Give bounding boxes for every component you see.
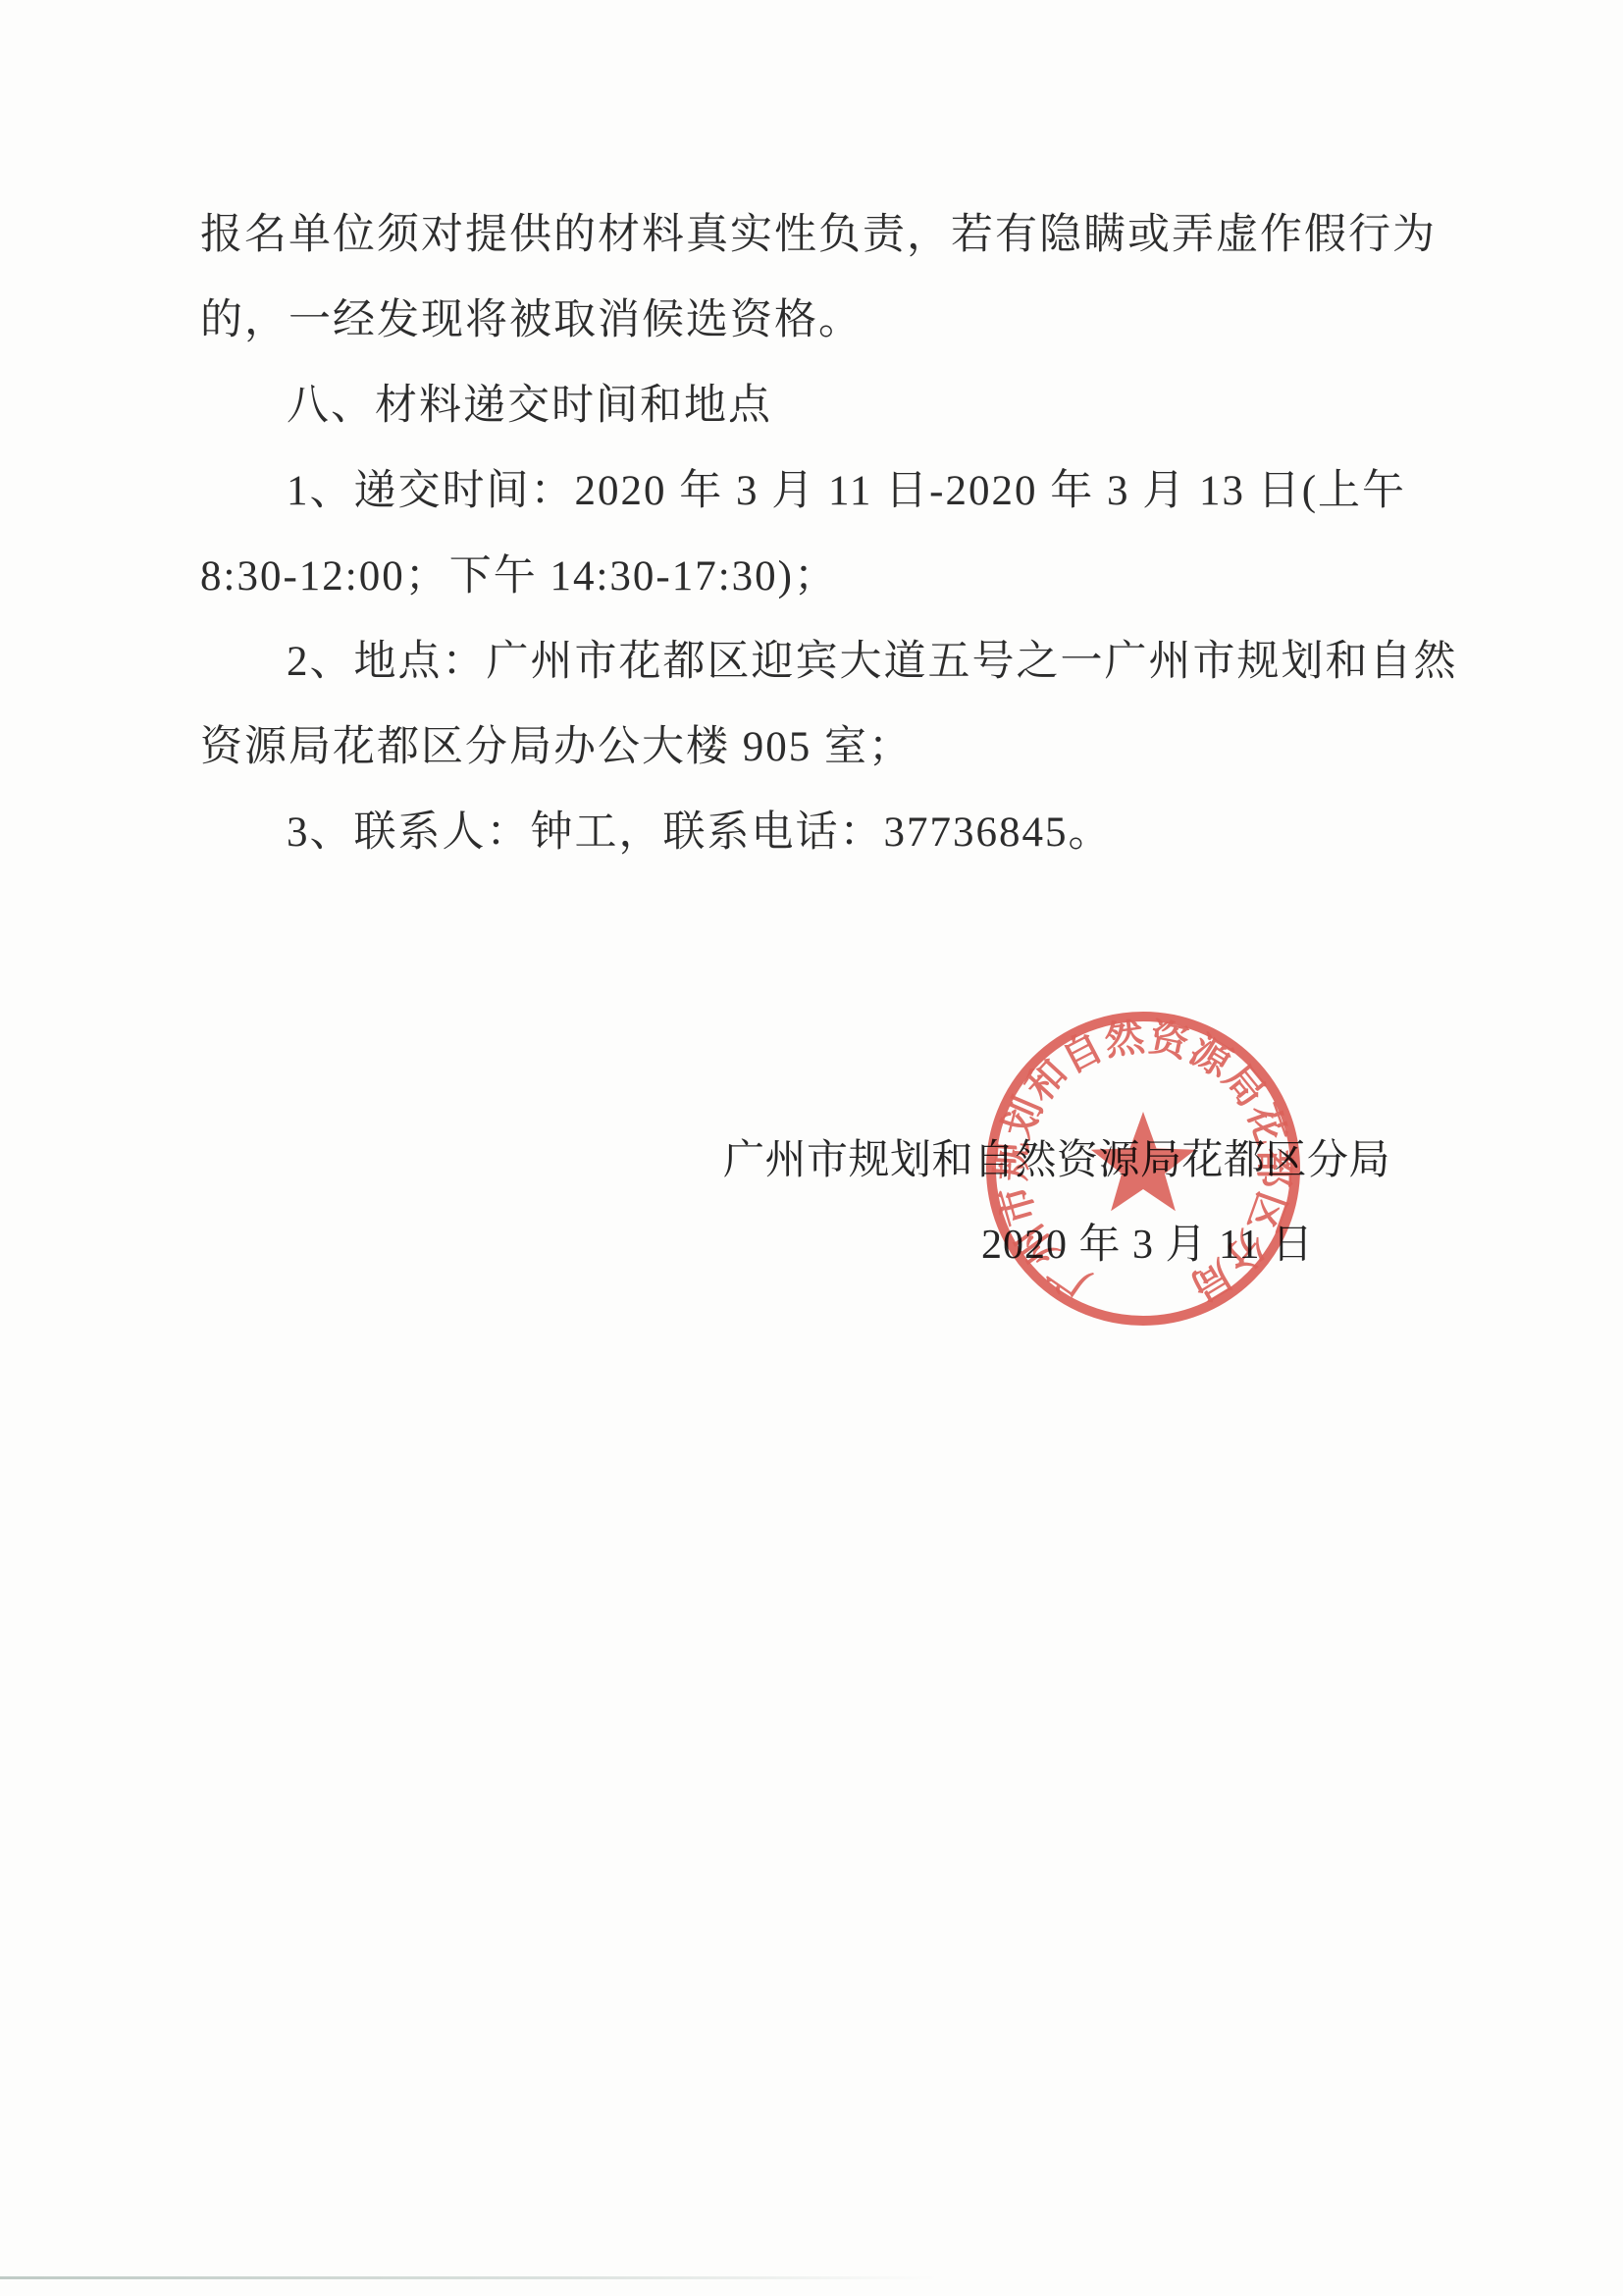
document-line-item-1: 1、递交时间：2020 年 3 月 11 日-2020 年 3 月 13 日(上… (200, 448, 1446, 534)
scanner-artifact-line (0, 2276, 938, 2279)
document-line-item-3: 3、联系人：钟工，联系电话：37736845。 (200, 790, 1446, 875)
document-line: 8:30-12:00；下午 14:30-17:30)； (200, 534, 1446, 619)
signature-date: 2020 年 3 月 11 日 (981, 1213, 1314, 1278)
document-line: 报名单位须对提供的材料真实性负责，若有隐瞒或弄虚作假行为 (200, 192, 1446, 278)
document-line-section-heading: 八、材料递交时间和地点 (200, 363, 1446, 448)
document-body: 报名单位须对提供的材料真实性负责，若有隐瞒或弄虚作假行为 的，一经发现将被取消候… (200, 192, 1446, 875)
document-line: 的，一经发现将被取消候选资格。 (200, 278, 1446, 363)
document-line-item-2: 2、地点：广州市花都区迎宾大道五号之一广州市规划和自然 (200, 619, 1446, 704)
scanned-document-page: 报名单位须对提供的材料真实性负责，若有隐瞒或弄虚作假行为 的，一经发现将被取消候… (0, 0, 1623, 2296)
signature-organization: 广州市规划和自然资源局花都区分局 (723, 1128, 1390, 1193)
document-line: 资源局花都区分局办公大楼 905 室； (200, 704, 1446, 790)
